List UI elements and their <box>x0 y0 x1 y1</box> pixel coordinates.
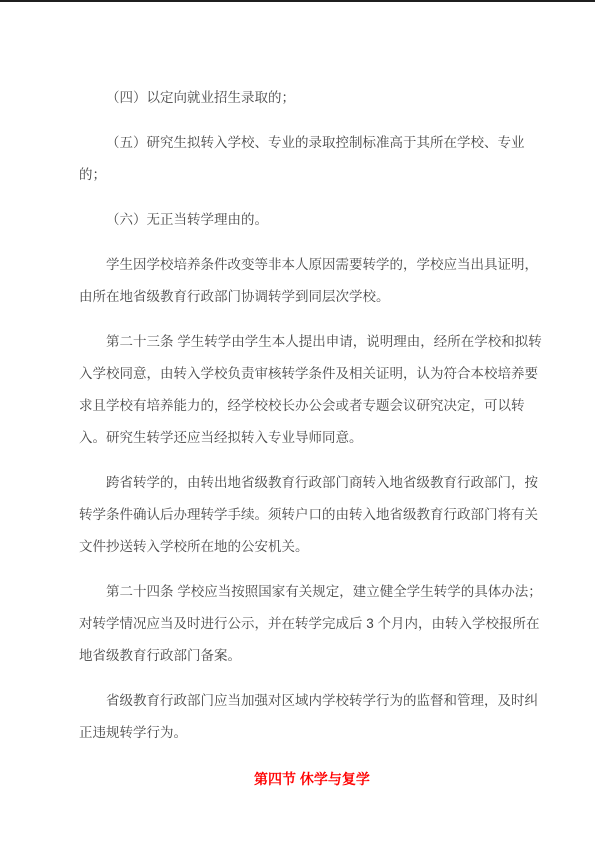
paragraph-item-6: （六）无正当转学理由的。 <box>79 204 545 236</box>
paragraph-item-5: （五）研究生拟转入学校、专业的录取控制标准高于其所在学校、专业的； <box>79 127 545 191</box>
paragraph-transfer-reason: 学生因学校培养条件改变等非本人原因需要转学的，学校应当出具证明，由所在地省级教育… <box>79 249 545 313</box>
paragraph-article-23: 第二十三条 学生转学由学生本人提出申请，说明理由，经所在学校和拟转入学校同意，由… <box>79 326 545 454</box>
document-content: （四）以定向就业招生录取的； （五）研究生拟转入学校、专业的录取控制标准高于其所… <box>0 0 595 795</box>
paragraph-provincial-supervision: 省级教育行政部门应当加强对区域内学校转学行为的监督和管理，及时纠正违规转学行为。 <box>79 685 545 749</box>
paragraph-cross-province: 跨省转学的，由转出地省级教育行政部门商转入地省级教育行政部门，按转学条件确认后办… <box>79 467 545 563</box>
paragraph-article-24: 第二十四条 学校应当按照国家有关规定，建立健全学生转学的具体办法；对转学情况应当… <box>79 576 545 672</box>
document-page: （四）以定向就业招生录取的； （五）研究生拟转入学校、专业的录取控制标准高于其所… <box>0 0 595 841</box>
window-top-edge <box>0 0 595 2</box>
paragraph-item-4: （四）以定向就业招生录取的； <box>79 82 545 114</box>
section-heading: 第四节 休学与复学 <box>79 763 545 795</box>
